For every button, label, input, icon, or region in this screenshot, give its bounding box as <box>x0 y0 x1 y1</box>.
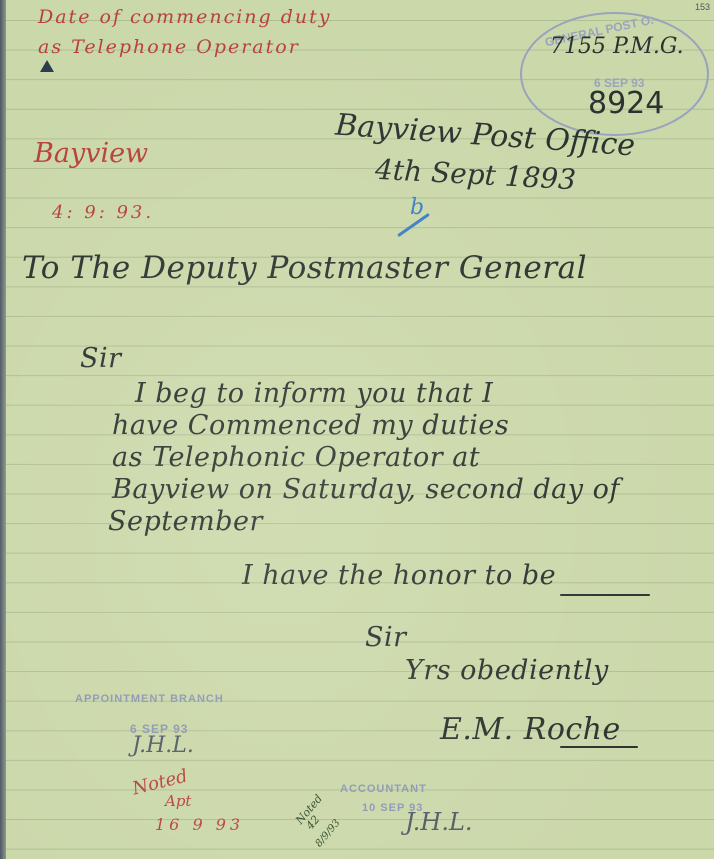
salutation: Sir <box>80 343 122 374</box>
red-heading-line2: as Telephone Operator <box>38 36 300 58</box>
red-place: Bayview <box>34 138 148 169</box>
page-number: 153 <box>695 2 710 12</box>
red-heading-line1: Date of commencing duty <box>38 6 332 28</box>
closing-flourish <box>560 594 650 596</box>
red-note-line2: Apt <box>165 792 191 810</box>
appointment-branch-stamp: APPOINTMENT BRANCH <box>75 693 224 705</box>
body-line-1: I beg to inform you that I <box>135 378 493 409</box>
signature: E.M. Roche <box>440 712 621 747</box>
ink-blot-icon <box>40 60 54 72</box>
registry-handwritten-ref: 7155 P.M.G. <box>550 34 684 59</box>
body-line-4: Bayview on Saturday, second day of <box>112 474 620 505</box>
body-line-2: have Commenced my duties <box>112 410 509 441</box>
registry-stamp: GENERAL POST O. 7155 P.M.G. 6 SEP 93 892… <box>520 12 709 136</box>
accountant-stamp: ACCOUNTANT <box>340 783 427 795</box>
red-date: 4: 9: 93. <box>52 202 154 223</box>
body-line-5: September <box>108 506 263 537</box>
addressee: To The Deputy Postmaster General <box>22 250 587 286</box>
red-note-date: 16 9 93 <box>155 815 244 834</box>
closing-line-2: Sir <box>365 622 407 653</box>
closing-line-1: I have the honor to be <box>242 560 556 591</box>
closing-line-3: Yrs obediently <box>405 655 609 686</box>
appointment-initials: J.H.L. <box>132 733 194 758</box>
signature-flourish <box>560 746 638 748</box>
accountant-initials: J.H.L. <box>405 808 473 836</box>
registry-number: 8924 <box>588 86 664 121</box>
letter-date: 4th Sept 1893 <box>374 153 577 196</box>
letter-page: 153 Date of commencing duty as Telephone… <box>0 0 714 859</box>
body-line-3: as Telephonic Operator at <box>112 442 480 473</box>
